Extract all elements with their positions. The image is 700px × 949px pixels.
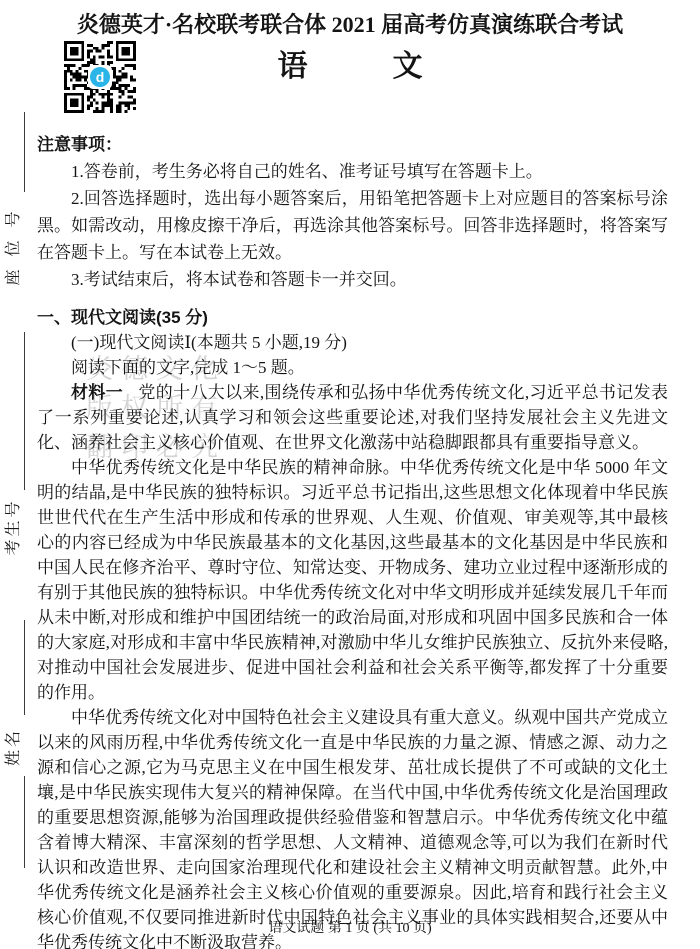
subsection-heading: (一)现代文阅读Ⅰ(本题共 5 小题,19 分) xyxy=(37,330,668,355)
material-paragraph-1: 材料一党的十八大以来,围绕传承和弘扬中华优秀传统文化,习近平总书记发表了一系列重… xyxy=(37,380,668,455)
page-footer: 语文试题 第 1 页 (共 10 页) xyxy=(0,917,700,937)
name-label: 姓名 xyxy=(4,727,24,767)
exam-title: 炎德英才·名校联考联合体 2021 届高考仿真演练联合考试 xyxy=(40,8,660,39)
footer-page-indicator: 语文试题 第 1 页 (共 10 页) xyxy=(268,921,431,936)
notice-heading: 注意事项： xyxy=(37,131,668,158)
qr-code: d xyxy=(64,41,136,113)
candidate-number-blank-line xyxy=(24,332,25,490)
seat-number-label: 座位号 xyxy=(4,197,24,287)
material-paragraph-3: 中华优秀传统文化对中国特色社会主义建设具有重大意义。纵观中国共产党成立以来的风雨… xyxy=(37,705,668,949)
notice-item-2: 2.回答选择题时，选出每小题答案后，用铅笔把答题卡上对应题目的答案标号涂黑。如需… xyxy=(37,185,668,266)
subject-char: 文 xyxy=(393,51,423,83)
qr-logo-letter: d xyxy=(90,67,110,87)
notice-item-1: 1.答卷前，考生务必将自己的姓名、准考证号填写在答题卡上。 xyxy=(37,158,668,185)
subject-char: 语 xyxy=(278,51,308,83)
section-heading: 一、现代文阅读(35 分) xyxy=(37,305,668,330)
paper-body: 注意事项： 1.答卷前，考生务必将自己的姓名、准考证号填写在答题卡上。 2.回答… xyxy=(37,131,668,949)
material-paragraph-2: 中华优秀传统文化是中华民族的精神命脉。中华优秀传统文化是中华 5000 年文明的… xyxy=(37,455,668,705)
notice-section: 注意事项： 1.答卷前，考生务必将自己的姓名、准考证号填写在答题卡上。 2.回答… xyxy=(37,131,668,293)
margin-rule-line xyxy=(24,776,25,868)
name-blank-line xyxy=(24,620,25,715)
exam-paper-page: 炎德文化 版权所有 翻印必究 座位号 考生号 姓名 炎德英才·名校联考联合体 2… xyxy=(0,0,700,949)
reading-section: 一、现代文阅读(35 分) (一)现代文阅读Ⅰ(本题共 5 小题,19 分) 阅… xyxy=(37,305,668,949)
qr-logo: d xyxy=(88,65,112,89)
notice-item-3: 3.考试结束后，将本试卷和答题卡一并交回。 xyxy=(37,266,668,293)
candidate-number-label: 考生号 xyxy=(4,497,24,557)
reading-instruction: 阅读下面的文字,完成 1～5 题。 xyxy=(37,355,668,380)
paper-header: 炎德英才·名校联考联合体 2021 届高考仿真演练联合考试 d 语 文 xyxy=(0,8,700,131)
header-row: d 语 文 xyxy=(0,39,700,131)
material-label: 材料一 xyxy=(71,383,123,402)
material-paragraph-1-text: 党的十八大以来,围绕传承和弘扬中华优秀传统文化,习近平总书记发表了一系列重要论述… xyxy=(37,383,668,452)
